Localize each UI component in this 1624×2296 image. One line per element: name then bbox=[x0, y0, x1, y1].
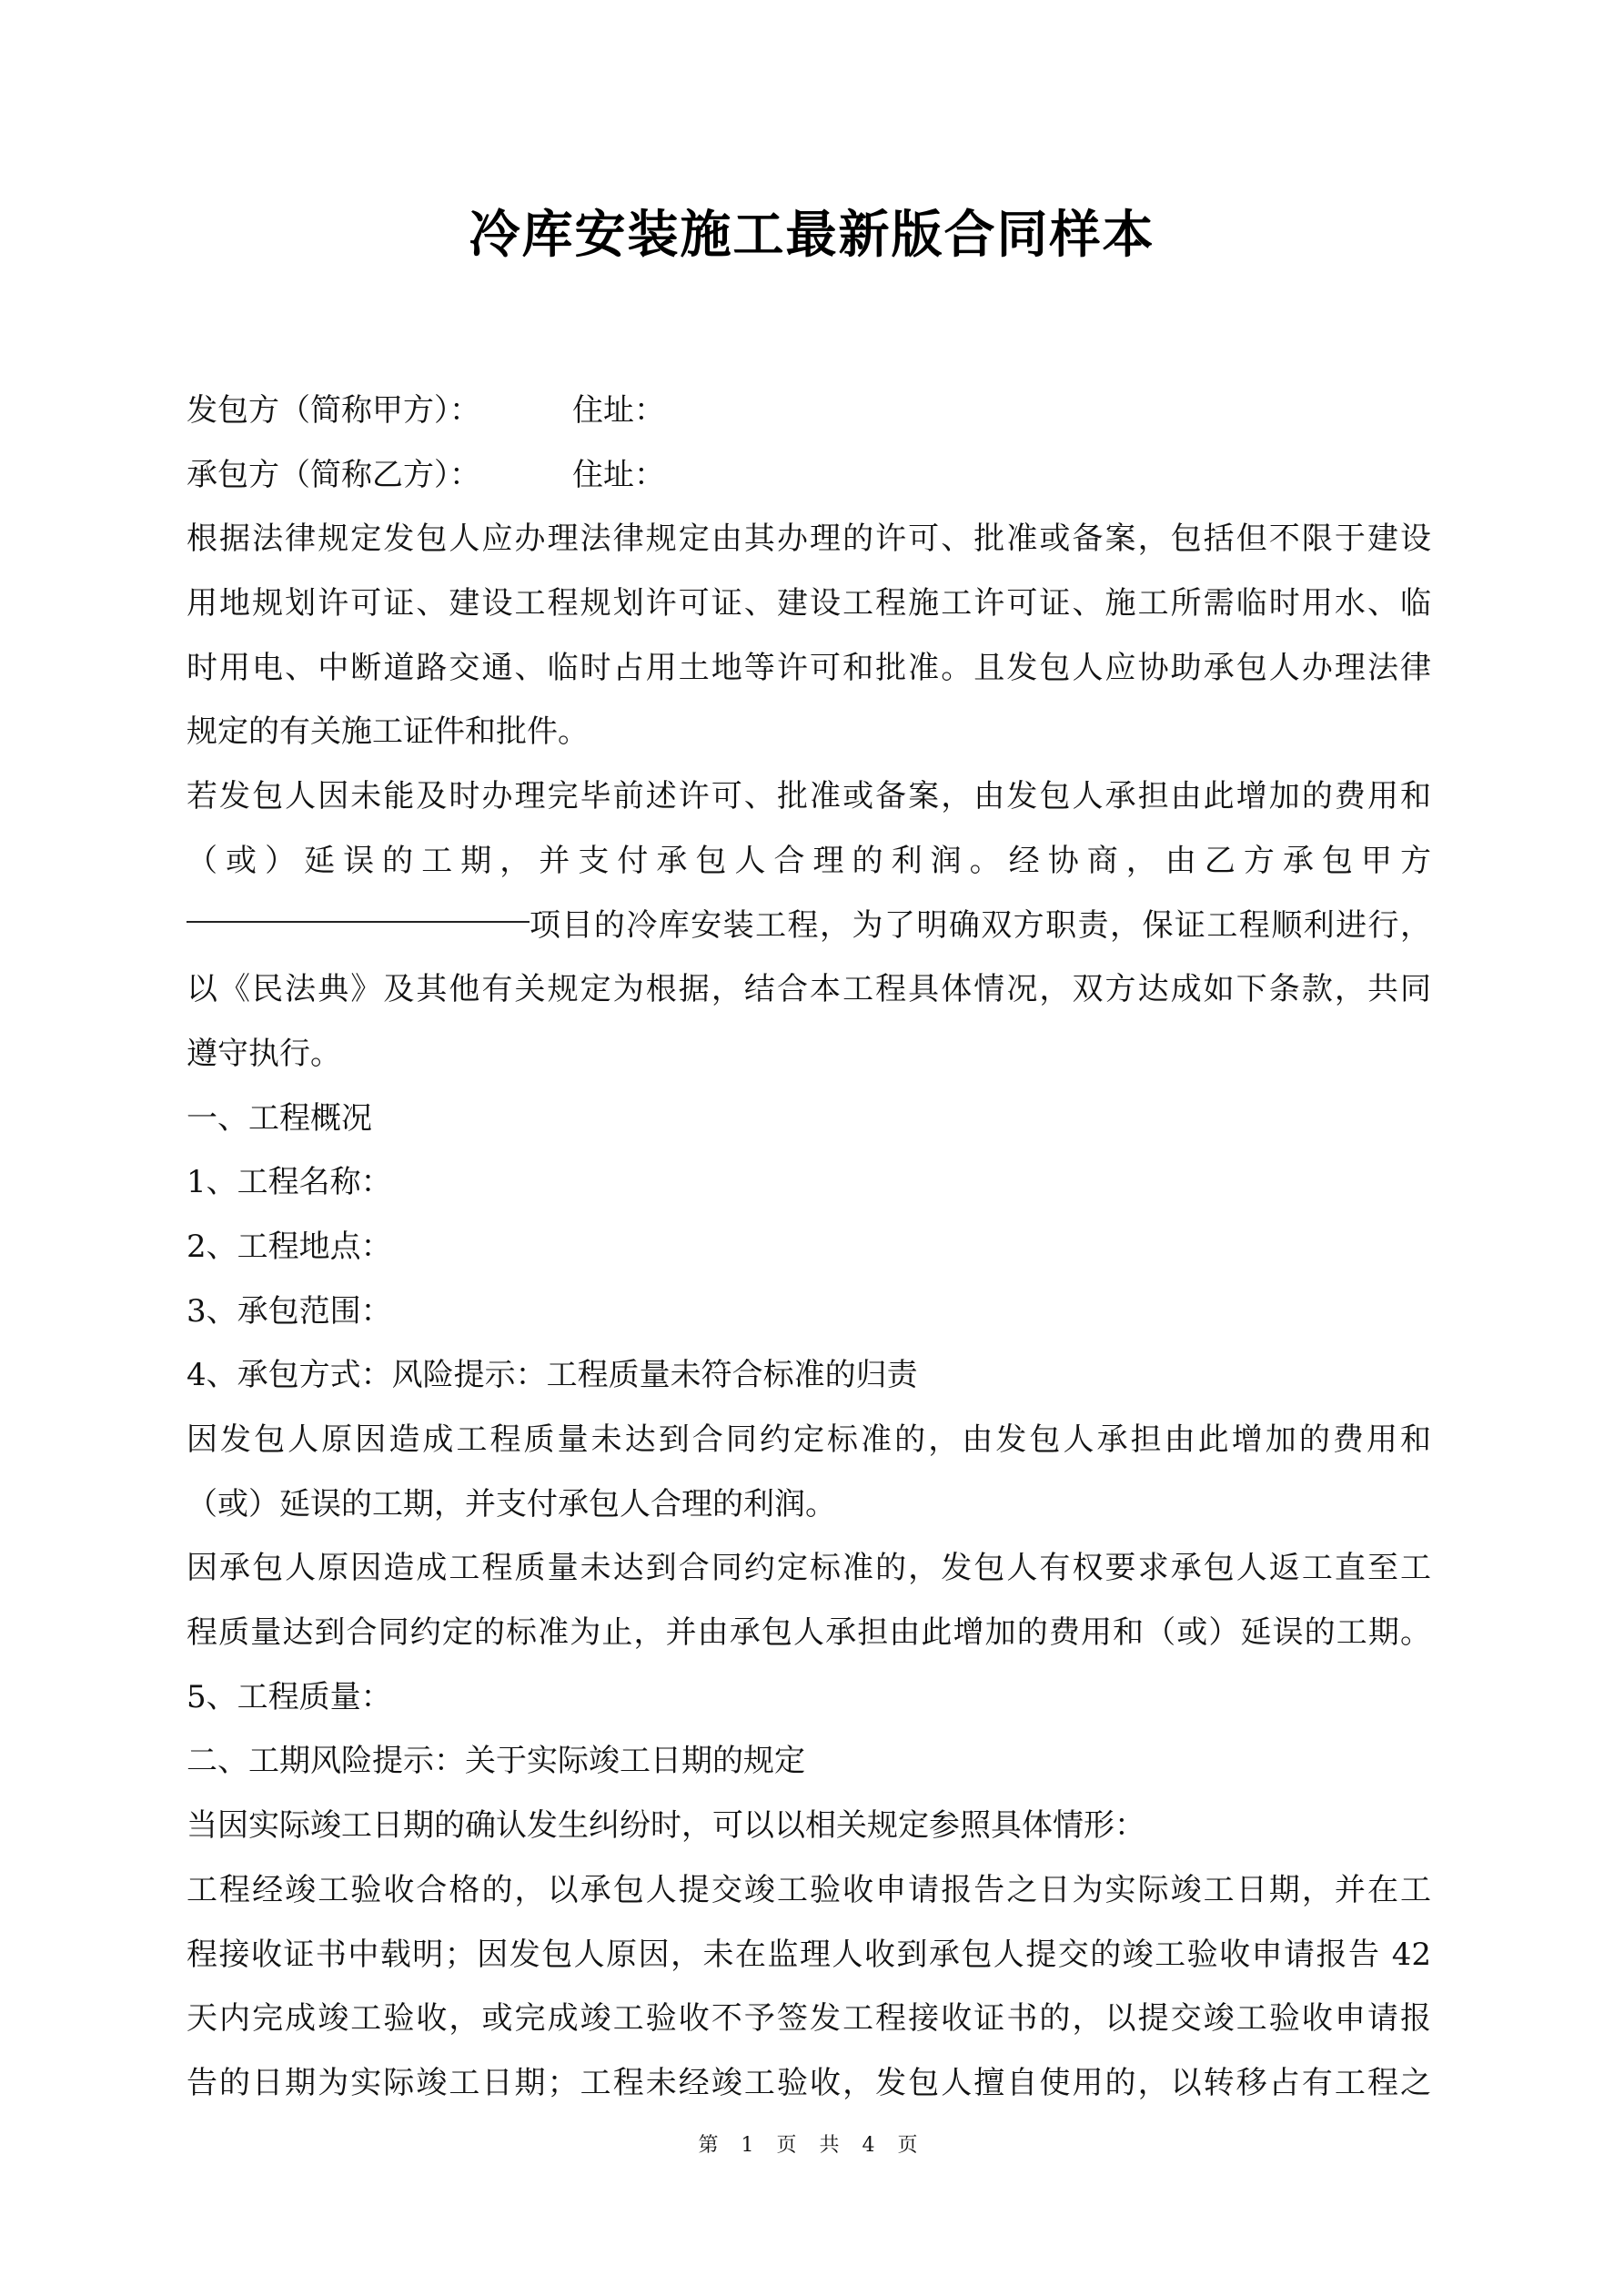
list-item: 3、承包范围： bbox=[187, 1279, 1431, 1344]
list-item: 4、承包方式：风险提示：工程质量未符合标准的归责 bbox=[187, 1343, 1431, 1408]
paragraph-line: 程质量达到合同约定的标准为止，并由承包人承担由此增加的费用和（或）延误的工期。 bbox=[187, 1601, 1431, 1665]
paragraph-line: 规定的有关施工证件和批件。 bbox=[187, 700, 1431, 764]
paragraph-line: 根据法律规定发包人应办理法律规定由其办理的许可、批准或备案，包括但不限于建设 bbox=[187, 507, 1431, 571]
party-a-label: 发包方（简称甲方）： bbox=[187, 379, 572, 443]
page-number-footer: 第 1 页 共 4 页 bbox=[0, 2132, 1624, 2159]
paragraph-line: 天内完成竣工验收，或完成竣工验收不予签发工程接收证书的，以提交竣工验收申请报 bbox=[187, 1987, 1431, 2051]
list-item: 5、工程质量： bbox=[187, 1665, 1431, 1730]
party-b-address-label: 住址： bbox=[572, 443, 665, 508]
party-a-address-label: 住址： bbox=[572, 379, 665, 443]
paragraph-line: 用地规划许可证、建设工程规划许可证、建设工程施工许可证、施工所需临时用水、临 bbox=[187, 571, 1431, 636]
paragraph-line: 因承包人原因造成工程质量未达到合同约定标准的，发包人有权要求承包人返工直至工 bbox=[187, 1536, 1431, 1601]
section-heading: 二、工期风险提示：关于实际竣工日期的规定 bbox=[187, 1729, 1431, 1794]
document-title: 冷库安装施工最新版合同样本 bbox=[0, 206, 1624, 266]
paragraph-line: 若发包人因未能及时办理完毕前述许可、批准或备案，由发包人承担由此增加的费用和 bbox=[187, 764, 1431, 829]
paragraph-line: 因发包人原因造成工程质量未达到合同约定标准的，由发包人承担由此增加的费用和 bbox=[187, 1408, 1431, 1472]
paragraph-line: 遵守执行。 bbox=[187, 1022, 1431, 1087]
document-page: 冷库安装施工最新版合同样本 发包方（简称甲方）： 住址： 承包方（简称乙方）： … bbox=[0, 0, 1624, 2296]
paragraph-line: 工程经竣工验收合格的，以承包人提交竣工验收申请报告之日为实际竣工日期，并在工 bbox=[187, 1858, 1431, 1923]
list-item: 1、工程名称： bbox=[187, 1150, 1431, 1215]
party-a-line: 发包方（简称甲方）： 住址： bbox=[187, 379, 1431, 443]
paragraph-line-text: 项目的冷库安装工程，为了明确双方职责，保证工程顺利进行， bbox=[530, 894, 1431, 958]
paragraph-line: 程接收证书中载明；因发包人原因，未在监理人收到承包人提交的竣工验收申请报告 42 bbox=[187, 1923, 1431, 1988]
paragraph-line: （或）延误的工期，并支付承包人合理的利润。 bbox=[187, 1472, 1431, 1537]
section-heading: 一、工程概况 bbox=[187, 1087, 1431, 1151]
paragraph-line: （或）延误的工期，并支付承包人合理的利润。经协商，由乙方承包甲方 bbox=[187, 829, 1431, 894]
paragraph-line-with-blank: 项目的冷库安装工程，为了明确双方职责，保证工程顺利进行， bbox=[187, 894, 1431, 958]
list-item: 2、工程地点： bbox=[187, 1215, 1431, 1279]
document-body: 发包方（简称甲方）： 住址： 承包方（简称乙方）： 住址： 根据法律规定发包人应… bbox=[187, 379, 1431, 2116]
paragraph-line: 告的日期为实际竣工日期；工程未经竣工验收，发包人擅自使用的，以转移占有工程之 bbox=[187, 2051, 1431, 2116]
paragraph-line: 当因实际竣工日期的确认发生纠纷时，可以以相关规定参照具体情形： bbox=[187, 1794, 1431, 1858]
party-b-label: 承包方（简称乙方）： bbox=[187, 443, 572, 508]
paragraph-line: 时用电、中断道路交通、临时占用土地等许可和批准。且发包人应协助承包人办理法律 bbox=[187, 636, 1431, 701]
paragraph-line: 以《民法典》及其他有关规定为根据，结合本工程具体情况，双方达成如下条款，共同 bbox=[187, 957, 1431, 1022]
project-name-blank[interactable] bbox=[187, 894, 530, 923]
party-b-line: 承包方（简称乙方）： 住址： bbox=[187, 443, 1431, 508]
